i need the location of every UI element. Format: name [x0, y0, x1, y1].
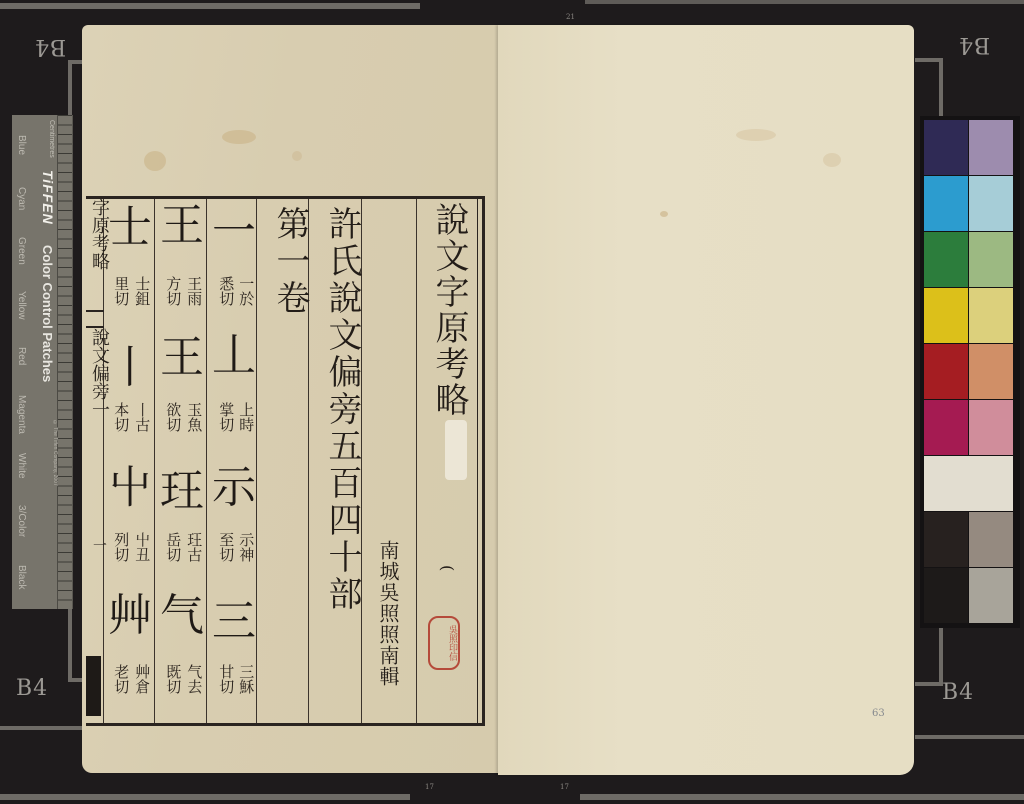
color-patch-black-dark — [924, 568, 968, 623]
color-patch-red-light — [969, 344, 1013, 399]
ruler-color-label: Black — [16, 565, 27, 589]
ruler-copyright: © The Tiffen Company, 2007 — [52, 420, 58, 486]
size-label-bottom-left: B4 — [16, 676, 48, 701]
ruler-color-label: Cyan — [16, 187, 27, 210]
radical-glyph: 丄 — [212, 334, 256, 378]
radical-glyph: 王 — [160, 204, 204, 248]
radical-note: 王雨 — [184, 276, 204, 306]
foxing-stain — [823, 153, 841, 167]
color-patch-magenta-light — [969, 400, 1013, 455]
page-mark: ( — [438, 565, 457, 571]
guide-line-bottom-left — [0, 794, 410, 800]
radical-glyph: 示 — [212, 466, 256, 510]
foxing-stain — [292, 151, 302, 161]
color-control-chart — [920, 116, 1020, 628]
radical-glyph: 三 — [212, 600, 256, 644]
color-patch-green-light — [969, 232, 1013, 287]
column-rule — [206, 199, 207, 723]
block-black-tab — [86, 656, 101, 716]
guide-line-bottom-right — [580, 794, 1024, 800]
radical-glyph: 玨 — [160, 470, 204, 514]
column-rule — [416, 199, 417, 723]
color-patch-yellow-dark — [924, 288, 968, 343]
radical-glyph: 艸 — [108, 594, 152, 638]
color-patch-3-color-light — [969, 512, 1013, 567]
fishtail-mark — [86, 310, 104, 328]
radical-note: 甘切 — [216, 664, 236, 694]
ruler-unit-label: Centimetres — [48, 120, 55, 158]
volume-label: 第一卷 — [266, 206, 315, 317]
color-patch-black-light — [969, 568, 1013, 623]
radical-glyph: 士 — [108, 206, 152, 250]
color-patch-3-color-dark — [924, 512, 968, 567]
radical-note: 岳切 — [163, 532, 183, 562]
alignment-frame-right-bottom — [915, 735, 1024, 739]
radical-note: 三穌 — [236, 664, 256, 694]
radical-note: 丨古 — [132, 402, 152, 432]
ruler-color-label: White — [16, 453, 27, 479]
size-label-top-left: B4 — [34, 34, 66, 59]
ruler-color-label: 3/Color — [16, 505, 27, 537]
radical-note: 欲切 — [163, 402, 183, 432]
column-rule — [103, 199, 104, 723]
guide-line-top-right — [585, 0, 1024, 4]
color-patch-yellow-light — [969, 288, 1013, 343]
radical-glyph: 屮 — [108, 466, 152, 510]
radical-note: 方切 — [163, 276, 183, 306]
radical-note: 掌切 — [216, 402, 236, 432]
foxing-stain — [222, 130, 256, 144]
radical-note: 既切 — [163, 664, 183, 694]
ruler-title: Color Control Patches — [40, 245, 55, 382]
tiffen-color-control-ruler: Centimetres TiFFEN Color Control Patches… — [12, 115, 73, 609]
color-patch-blue-light — [969, 120, 1013, 175]
scale-mark-bottom-right: 17 — [560, 783, 569, 791]
color-patch-magenta-dark — [924, 400, 968, 455]
border-inner-line — [477, 199, 478, 723]
size-label-bottom-right: B4 — [942, 680, 974, 705]
radical-note: 老切 — [111, 664, 131, 694]
radical-note: 屮丑 — [132, 532, 152, 562]
radical-note: 士鉏 — [132, 276, 152, 306]
radical-note: 气去 — [184, 664, 204, 694]
compiler-credit: 南城吳照照南輯 — [374, 540, 403, 687]
radical-glyph: 一 — [212, 210, 256, 254]
color-patch-white — [924, 456, 1013, 511]
size-label-top-right: B4 — [958, 32, 990, 57]
radical-note: 艸倉 — [132, 664, 152, 694]
section-heading: 許氏說文偏旁五百四十部 — [318, 206, 367, 613]
radical-note: 列切 — [111, 532, 131, 562]
column-rule — [154, 199, 155, 723]
radical-glyph: 气 — [160, 594, 204, 638]
color-patch-blue-dark — [924, 120, 968, 175]
ink-mark-page-number: 63 — [872, 708, 894, 720]
color-patch-red-dark — [924, 344, 968, 399]
radical-note: 玉魚 — [184, 402, 204, 432]
radical-glyph: 丨 — [108, 346, 152, 390]
guide-line-left — [0, 726, 84, 730]
ruler-ticks — [57, 115, 72, 609]
radical-note: 至切 — [216, 532, 236, 562]
radical-note: 里切 — [111, 276, 131, 306]
ruler-color-label: Magenta — [16, 395, 27, 434]
foxing-stain — [736, 129, 776, 141]
foxing-stain — [660, 211, 668, 217]
ruler-color-label: Red — [16, 347, 27, 365]
book-title: 說文字原考略 — [425, 202, 474, 418]
radical-note: 上時 — [236, 402, 256, 432]
ruler-brand-logo: TiFFEN — [40, 170, 56, 225]
margin-page-number: 一 — [89, 538, 109, 552]
radical-note: 悉切 — [216, 276, 236, 306]
guide-line-top — [0, 3, 420, 9]
color-patch-green-dark — [924, 232, 968, 287]
red-seal-stamp: 吳照印信 — [428, 616, 460, 670]
book-right-page — [498, 25, 914, 775]
radical-note: 一於 — [236, 276, 256, 306]
radical-glyph: 王 — [160, 336, 204, 380]
color-patch-cyan-light — [969, 176, 1013, 231]
radical-note: 玨古 — [184, 532, 204, 562]
paper-repair-patch — [445, 420, 467, 480]
ruler-color-label: Blue — [16, 135, 27, 155]
scale-mark-bottom-left: 17 — [425, 783, 434, 791]
ruler-color-label: Green — [16, 237, 27, 265]
foxing-stain — [144, 151, 166, 171]
ruler-color-label: Yellow — [16, 291, 27, 320]
scale-mark-top: 21 — [566, 13, 575, 21]
color-patch-cyan-dark — [924, 176, 968, 231]
radical-note: 本切 — [111, 402, 131, 432]
radical-note: 示神 — [236, 532, 256, 562]
